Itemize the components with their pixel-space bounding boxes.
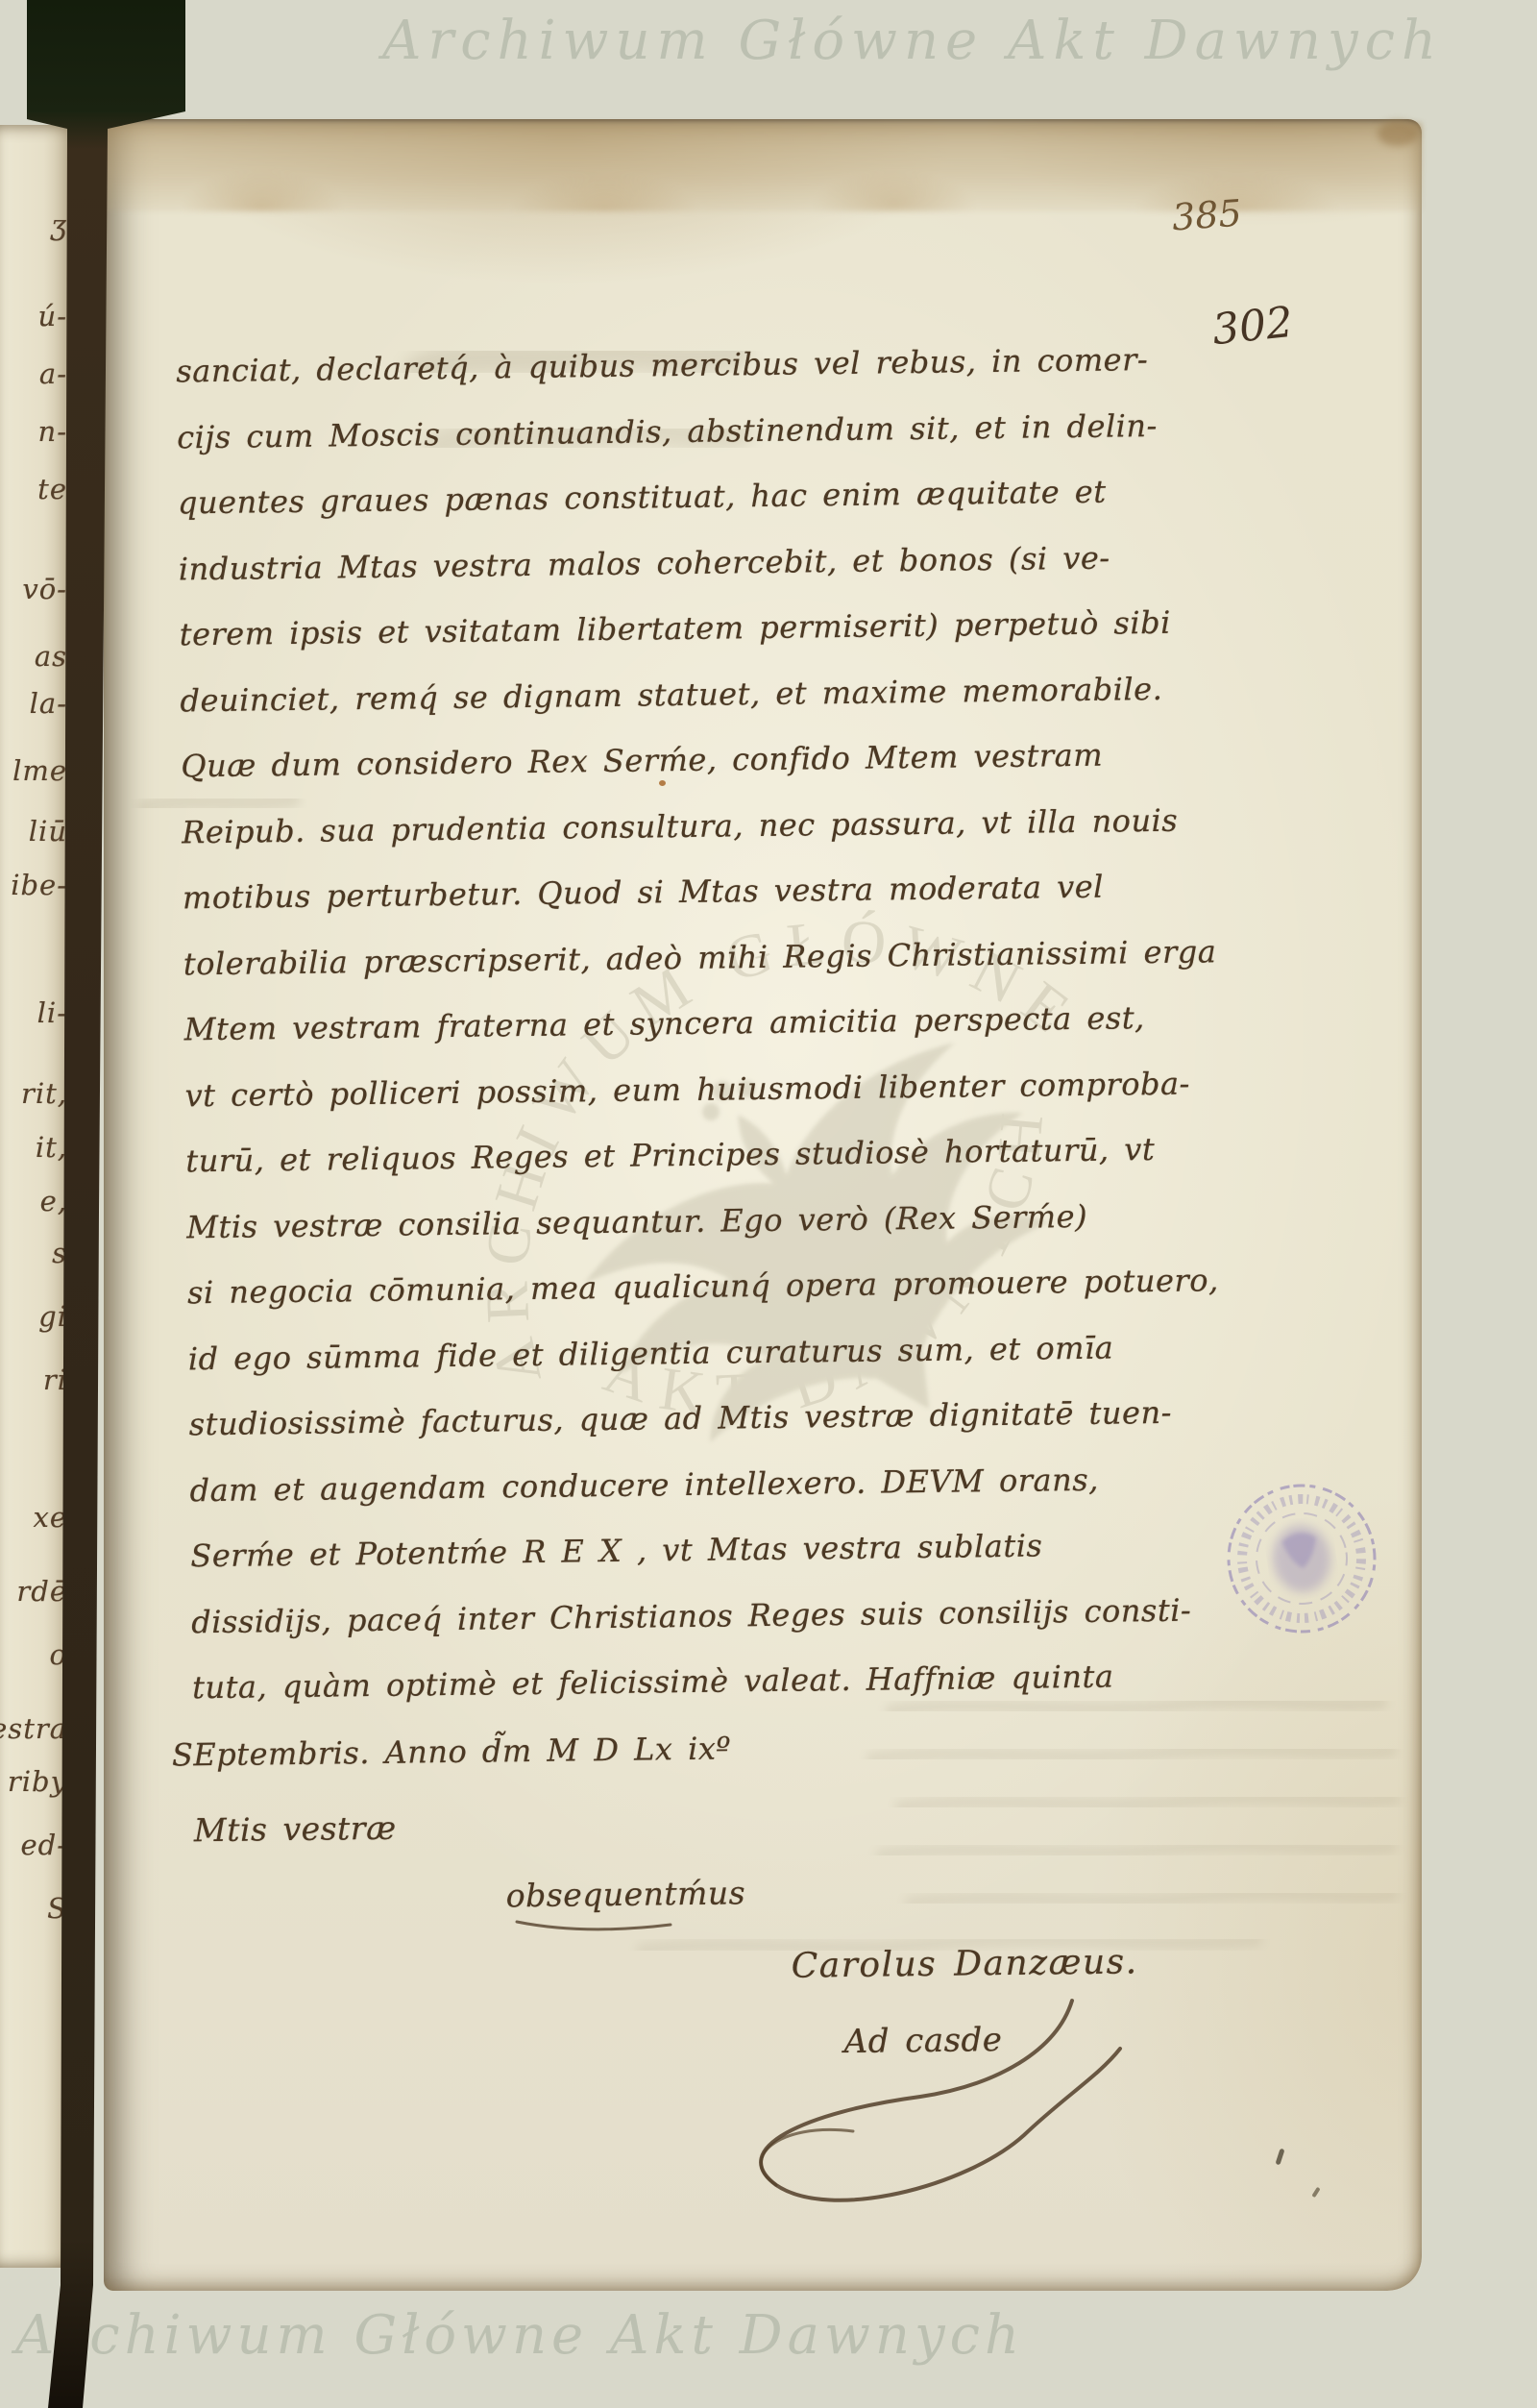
facing-page-line-fragment: e, [40,1185,67,1217]
manuscript-line: id ego sūmma fide et diligentia curaturu… [188,1329,1114,1377]
manuscript-line: Serḿe et Potentḿe R E X , vt Mtas vestra… [190,1527,1042,1574]
rust-speck [659,780,666,786]
manuscript-line: dissidijs, paceq́ inter Christianos Rege… [191,1591,1191,1640]
manuscript-line: industria Mtas vestra malos cohercebit, … [179,539,1110,587]
archive-scan: { "archive_overlay": { "watermark_top": … [0,0,1537,2408]
manuscript-line: Mtem vestram fraterna et syncera amiciti… [183,999,1144,1047]
facing-page-line-fragment: liū [29,815,67,848]
facing-page-line-fragment: la- [30,687,67,720]
letter-closing: obsequentḿus [506,1874,746,1914]
manuscript-line: vt certò polliceri possim, eum huiusmodi… [184,1065,1190,1114]
facing-page-line-fragment: a- [39,357,67,390]
facing-page-line-fragment: ibe- [11,869,67,901]
manuscript-page: ARCHIWUM GŁÓWNE AKT DAWNYCH [104,119,1422,2291]
manuscript-line: motibus perturbetur. Quod si Mtas vestra… [183,869,1104,917]
facing-page-line-fragment: it, [36,1131,67,1164]
archive-watermark-bottom: Archiwum Główne Akt Dawnych [15,2304,1024,2367]
facing-page-line-fragment: ed- [20,1829,67,1861]
facing-page-line-fragment: rdē [16,1575,67,1608]
signature: Carolus Danzæus. [791,1942,1137,1985]
archive-watermark-top: Archiwum Główne Akt Dawnych [382,10,1443,72]
corner-stain [1378,121,1418,146]
manuscript-line: turū, et reliquos Reges et Principes stu… [185,1131,1155,1179]
manuscript-line: sanciat, declaretq́, à quibus mercibus v… [176,341,1148,389]
signature-paraph-text: Ad casde [843,2021,1002,2061]
manuscript-line: dam et augendam conducere intellexero. D… [189,1461,1099,1509]
manuscript-line: Reipub. sua prudentia consultura, nec pa… [182,801,1178,850]
facing-page-line-fragment: vestra [0,1712,67,1745]
manuscript-line: studiosissimè facturus, quæ ad Mtis vest… [189,1394,1173,1442]
facing-page-line-fragment: vō- [22,573,67,605]
facing-page-line-fragment: lme [12,754,67,787]
letter-text-block: sanciat, declaretq́, à quibus mercibus v… [90,111,1435,2299]
manuscript-line: deuinciet, remq́ se dignam statuet, et m… [180,670,1162,718]
facing-page-line-fragment: as [35,640,67,673]
facing-page-line-fragment: te [37,473,67,505]
facing-page-line-fragment: riby [8,1765,67,1798]
manuscript-line: tolerabilia præscripserit, adeò mihi Reg… [183,933,1217,982]
facing-page-line-fragment: ú- [38,300,67,332]
facing-page-line-fragment: ʒ [51,209,67,241]
manuscript-line: si negocia cōmunia, mea qualicunq́ opera… [187,1262,1219,1311]
manuscript-line: Mtis vestræ consilia sequantur. Ego verò… [186,1197,1087,1244]
letter-dateline: SEptembris. Anno d̃m M D Lx ixº [172,1730,731,1773]
facing-page-line-fragment: li- [37,996,67,1029]
facing-page-line-fragment: xe [33,1501,67,1534]
manuscript-line: tuta, quàm optimè et felicissimè valeat.… [192,1659,1114,1707]
facing-page-line-fragment: n- [38,415,67,448]
letter-body: sanciat, declaretq́, à quibus mercibus v… [90,111,1408,128]
manuscript-line: cijs cum Moscis continuandis, abstinendu… [177,406,1158,455]
facing-page-line-fragment: gi [38,1300,67,1333]
manuscript-line: terem ipsis et vsitatam libertatem permi… [179,604,1171,653]
manuscript-line: Quæ dum considero Rex Serḿe, confido Mte… [181,737,1103,785]
manuscript-line: quentes graues pænas constituat, hac eni… [178,474,1107,522]
letter-valediction: Mtis vestræ [194,1809,397,1850]
facing-page-line-fragment: rit, [21,1077,67,1110]
